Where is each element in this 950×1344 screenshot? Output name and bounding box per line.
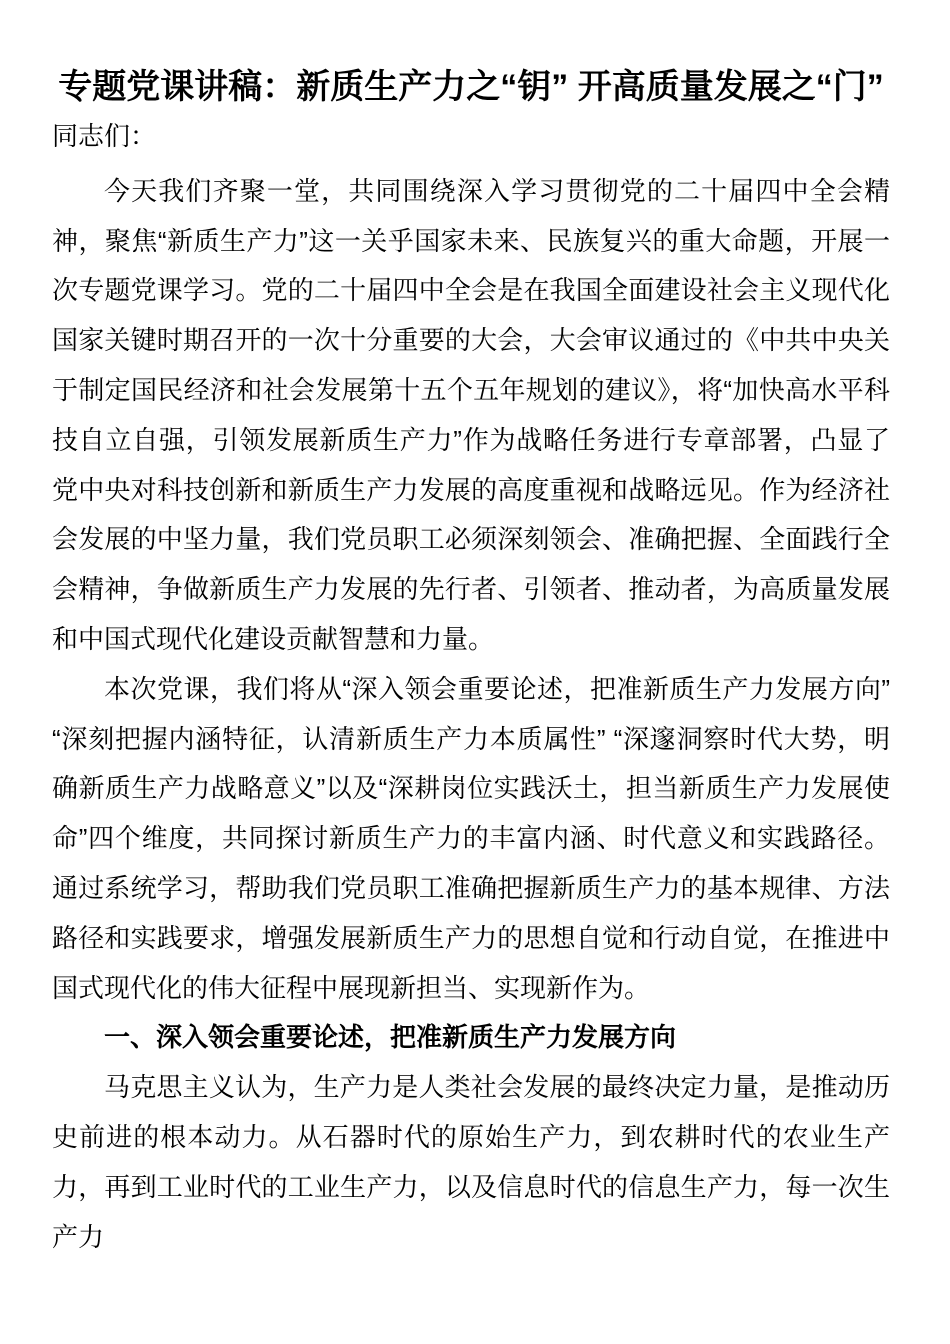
intro-paragraph-1: 今天我们齐聚一堂，共同围绕深入学习贯彻党的二十届四中全会精神，聚焦“新质生产力”… [52,167,890,665]
document-page: 专题党课讲稿：新质生产力之“钥” 开高质量发展之“门” 同志们： 今天我们齐聚一… [0,0,950,1344]
salutation-line: 同志们： [52,112,890,162]
section-1-paragraph: 马克思主义认为，生产力是人类社会发展的最终决定力量，是推动历史前进的根本动力。从… [52,1063,890,1262]
section-1-heading: 一、深入领会重要论述，把准新质生产力发展方向 [52,1013,890,1063]
document-title: 专题党课讲稿：新质生产力之“钥” 开高质量发展之“门” [52,62,890,112]
intro-paragraph-2: 本次党课，我们将从“深入领会重要论述，把准新质生产力发展方向” “深刻把握内涵特… [52,665,890,1014]
